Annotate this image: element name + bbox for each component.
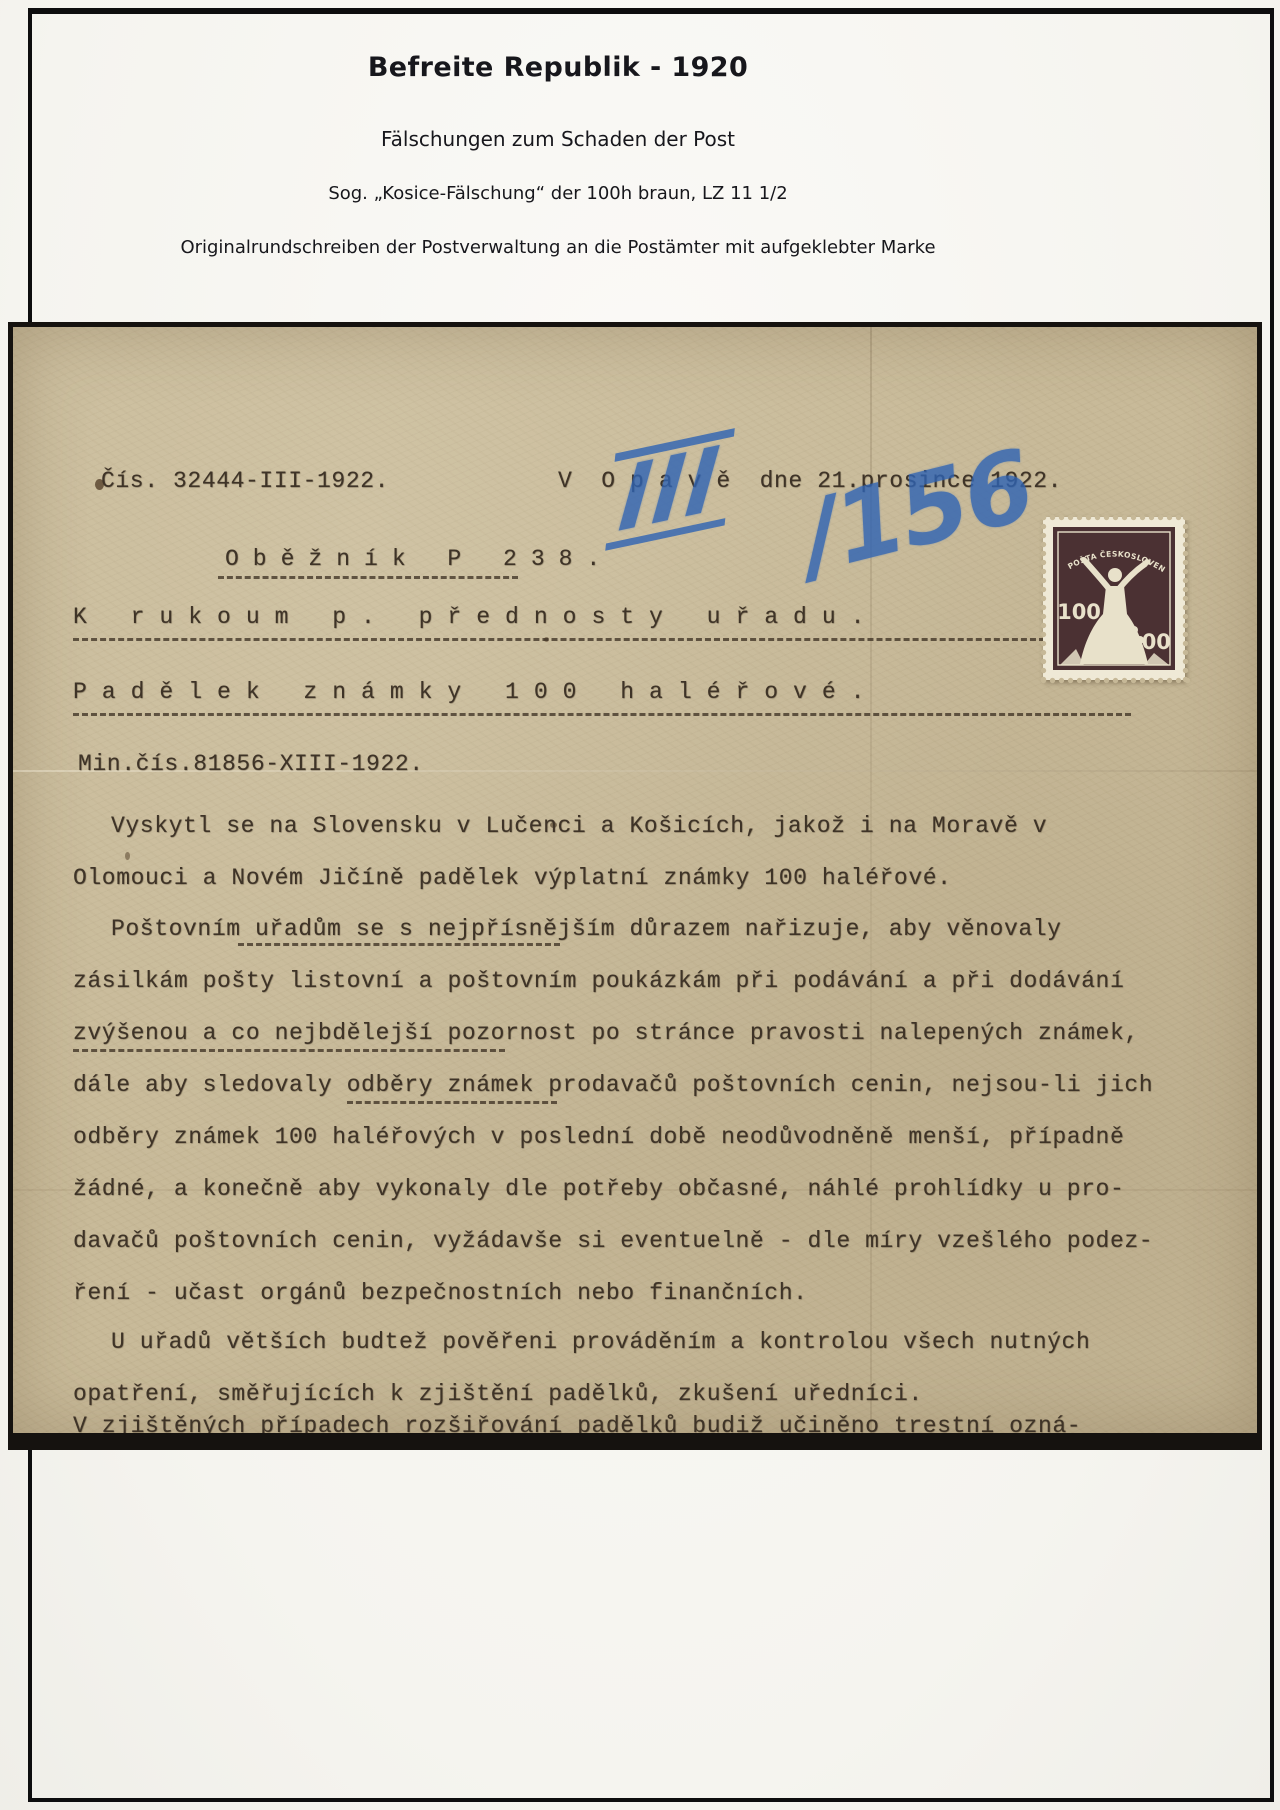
album-page: Befreite Republik - 1920 Fälschungen zum… [0,0,1280,1810]
typed-line: ření - učast orgánů bezpečnostních nebo … [73,1267,1223,1319]
typed-underline [73,1049,505,1052]
typed-underline [218,576,518,579]
typed-underline [347,1101,557,1104]
circular-title-line: Oběžník P 238. [225,546,614,572]
typed-line: odběry známek 100 haléřových v poslední … [73,1111,1223,1163]
typed-line: U uřadů větších budtež pověřeni prováděn… [73,1316,1223,1368]
typed-line: dále aby sledovaly odběry známek prodava… [73,1059,1223,1111]
typed-line: žádné, a konečně aby vykonaly dle potřeb… [73,1163,1223,1215]
postage-stamp: POŠTA ČESKOSLOVENSKA [1043,517,1185,680]
paragraph: Poštovním uřadům se s nejpřísnějším důra… [73,903,1223,1319]
paragraph: U uřadů větších budtež pověřeni prováděn… [73,1316,1223,1420]
paragraph: Vyskytl se na Slovensku v Lučenci a Koši… [73,800,1223,904]
typed-underline [73,638,1045,641]
typed-line: Vyskytl se na Slovensku v Lučenci a Koši… [73,800,1223,852]
typed-underline [73,713,1131,716]
typed-line: Olomouci a Novém Jičíně padělek výplatní… [73,852,1223,904]
stamp-value-right: 100 [1127,630,1171,654]
file-number-line: Čís. 32444-III-1922. [101,468,389,494]
subtitle-item: Sog. „Kosice-Fälschung“ der 100h braun, … [4,183,1112,204]
typed-line: zásilkám pošty listovní a poštovním pouk… [73,955,1223,1007]
subtitle-description: Originalrundschreiben der Postverwaltung… [4,237,1112,258]
stamp-graphic: POŠTA ČESKOSLOVENSKA [1048,522,1180,675]
stamp-value-left: 100 [1057,600,1101,624]
handwritten-number: /156 [789,423,1045,603]
page-title: Befreite Republik - 1920 [4,52,1112,83]
typed-line: davačů poštovních cenin, vyžádavše si ev… [73,1215,1223,1267]
typed-line-cut-off: V zjištěných případech rozšiřování paděl… [73,1413,1081,1439]
subtitle-theme: Fälschungen zum Schaden der Post [4,127,1112,151]
subject-line: Padělek známky 100 haléřové. [73,679,879,705]
typed-line: Poštovním uřadům se s nejpřísnějším důra… [73,903,1223,955]
ministry-reference-line: Min.čís.81856-XIII-1922. [78,751,424,777]
typed-underline [238,943,560,946]
attention-line: K rukoum p. přednosty uřadu. [73,604,879,630]
scanned-document: Čís. 32444-III-1922. V O p a v ě dne 21.… [8,322,1262,1450]
place-date-line: V O p a v ě dne 21.prosince 1922. [558,468,1062,494]
